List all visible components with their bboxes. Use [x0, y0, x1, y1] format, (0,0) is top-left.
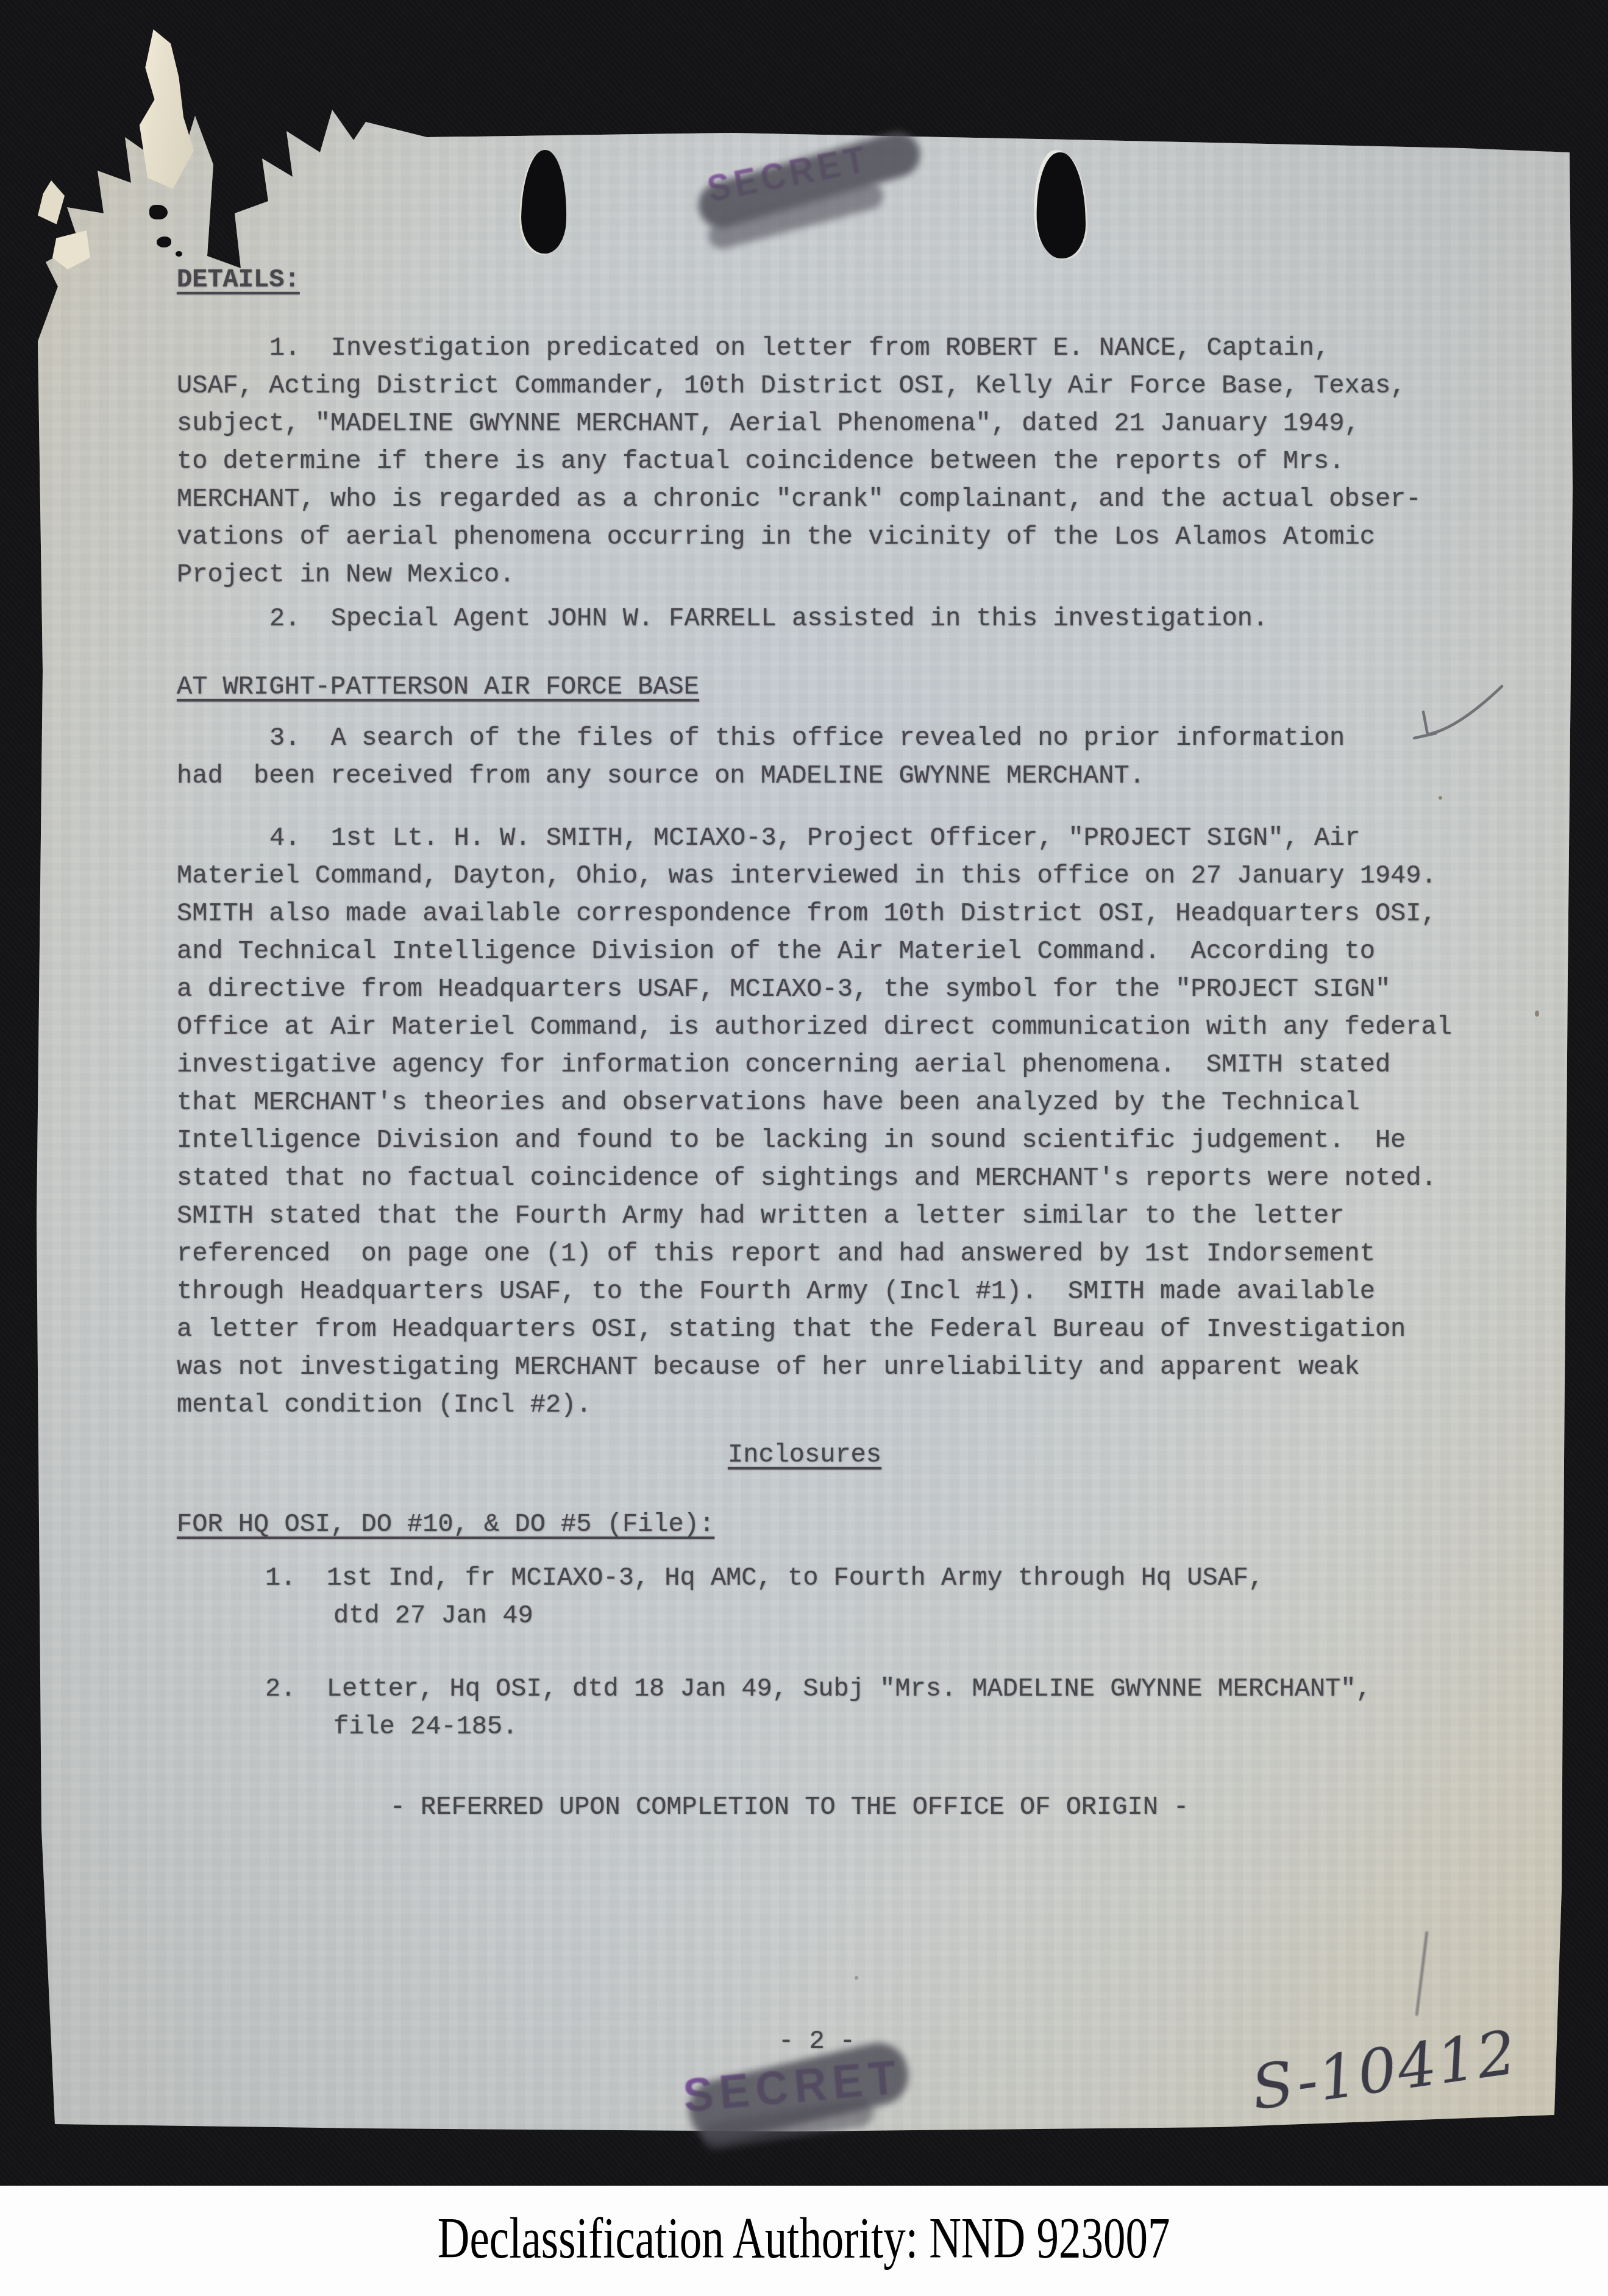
distribution-heading: FOR HQ OSI, DO #10, & DO #5 (File): — [177, 1505, 714, 1543]
paragraph-3: 3. A search of the files of this office … — [177, 719, 1518, 795]
typed-line: a directive from Headquarters USAF, MCIA… — [177, 970, 1524, 1008]
declassification-footer-text: Declassification Authority: NND 923007 — [438, 2209, 1170, 2267]
typed-line: Office at Air Materiel Command, is autho… — [177, 1008, 1524, 1046]
tear-hole — [157, 236, 171, 247]
tear-hole — [149, 205, 168, 219]
typed-line: stated that no factual coincidence of si… — [177, 1159, 1524, 1197]
paragraph-1: 1. Investigation predicated on letter fr… — [177, 329, 1518, 594]
paper-speck — [418, 338, 423, 343]
typed-line: investigative agency for information con… — [177, 1046, 1524, 1084]
scanned-document: SECRET DETAILS: 1. Investigation predica… — [0, 0, 1608, 2296]
typed-line: through Headquarters USAF, to the Fourth… — [177, 1273, 1524, 1310]
typed-line: Intelligence Division and found to be la… — [177, 1121, 1524, 1159]
paragraph-4: 4. 1st Lt. H. W. SMITH, MCIAXO-3, Projec… — [177, 819, 1524, 1424]
inclosures-heading: Inclosures — [177, 1436, 1432, 1474]
typed-line: 1. 1st Ind, fr MCIAXO-3, Hq AMC, to Four… — [265, 1559, 1521, 1597]
inclosures-heading-text: Inclosures — [728, 1440, 881, 1470]
typed-line: 3. A search of the files of this office … — [177, 719, 1518, 757]
typed-line: was not investigating MERCHANT because o… — [177, 1348, 1524, 1386]
typed-line: SMITH also made available correspondence… — [177, 895, 1524, 933]
inclosure-item-1: 1. 1st Ind, fr MCIAXO-3, Hq AMC, to Four… — [265, 1559, 1521, 1635]
typed-line: 2. Special Agent JOHN W. FARRELL assiste… — [177, 600, 1518, 638]
declassification-footer: Declassification Authority: NND 923007 — [0, 2186, 1608, 2296]
typed-line: and Technical Intelligence Division of t… — [177, 933, 1524, 970]
paragraph-2: 2. Special Agent JOHN W. FARRELL assiste… — [177, 600, 1518, 638]
typed-line: subject, "MADELINE GWYNNE MERCHANT, Aeri… — [177, 405, 1518, 442]
typed-line: file 24-185. — [265, 1708, 1521, 1746]
tear-hole — [176, 251, 182, 257]
paper-speck — [1535, 1011, 1539, 1017]
typed-line: USAF, Acting District Commander, 10th Di… — [177, 367, 1518, 405]
pencil-checkmark-icon — [1382, 677, 1510, 750]
section-heading-wright-patterson: AT WRIGHT-PATTERSON AIR FORCE BASE — [177, 668, 699, 706]
paper-speck — [855, 1976, 858, 1980]
typed-line: had been received from any source on MAD… — [177, 757, 1518, 795]
typed-line: MERCHANT, who is regarded as a chronic "… — [177, 480, 1518, 518]
paper-speck — [1439, 796, 1442, 800]
inclosure-item-2: 2. Letter, Hq OSI, dtd 18 Jan 49, Subj "… — [265, 1670, 1521, 1746]
typed-line: mental condition (Incl #2). — [177, 1386, 1524, 1424]
typed-line: SMITH stated that the Fourth Army had wr… — [177, 1197, 1524, 1235]
typed-line: dtd 27 Jan 49 — [265, 1597, 1521, 1635]
typed-line: 4. 1st Lt. H. W. SMITH, MCIAXO-3, Projec… — [177, 819, 1524, 857]
typed-line: Materiel Command, Dayton, Ohio, was inte… — [177, 857, 1524, 895]
typed-line: Project in New Mexico. — [177, 556, 1518, 594]
typed-line: 2. Letter, Hq OSI, dtd 18 Jan 49, Subj "… — [265, 1670, 1521, 1708]
details-heading: DETAILS: — [177, 261, 300, 299]
torn-paper-fragment — [38, 180, 65, 224]
typed-line: to determine if there is any factual coi… — [177, 442, 1518, 480]
typed-line: that MERCHANT's theories and observation… — [177, 1084, 1524, 1121]
typed-line: referenced on page one (1) of this repor… — [177, 1235, 1524, 1273]
referred-note: - REFERRED UPON COMPLETION TO THE OFFICE… — [177, 1788, 1402, 1826]
typed-line: vations of aerial phenomena occurring in… — [177, 518, 1518, 556]
typed-line: a letter from Headquarters OSI, stating … — [177, 1310, 1524, 1348]
typed-line: 1. Investigation predicated on letter fr… — [177, 329, 1518, 367]
